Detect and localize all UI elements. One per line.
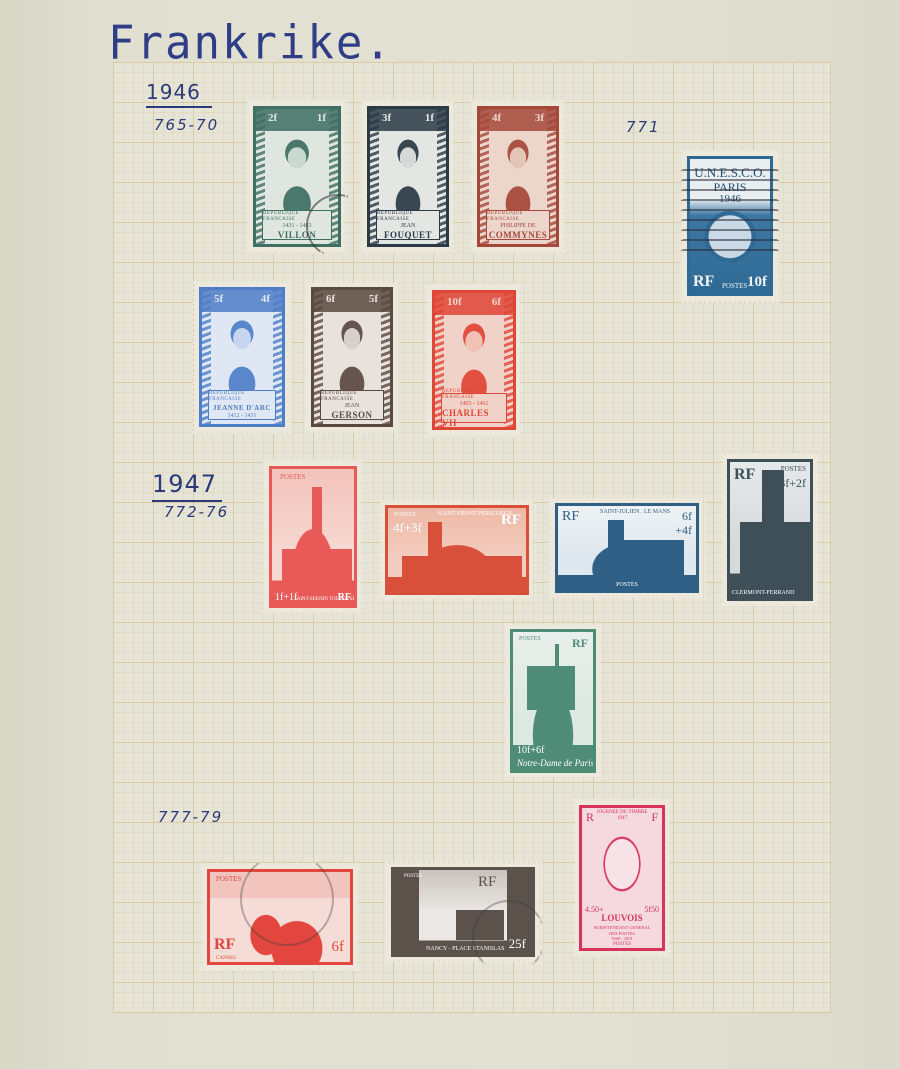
postes-label: POSTES [558, 582, 696, 588]
surcharge-value: 4f [261, 293, 270, 305]
stamp-gerson: 6f 5f REPUBLIQUE FRANCAISE JEAN GERSON [304, 280, 400, 434]
year-heading-1946: 1946 [146, 80, 212, 108]
stamp-cannes: POSTES RF CANNES 6f [200, 862, 360, 972]
rf-mark: RF [693, 273, 714, 291]
dates: 1431 - 1463 [283, 223, 312, 230]
caption-band: REPUBLIQUE FRANCAISE 1431 - 1463 VILLON [262, 210, 332, 240]
first-name: JEAN [401, 223, 416, 230]
portrait-engraving [384, 131, 432, 210]
stamp-saint-julien-le-mans: RF SAINT-JULIEN . LE MANS 6f +4f POSTES [548, 496, 706, 600]
rf-mark: RF [734, 466, 755, 484]
stamp-name: NANCY - PLACE STANISLAS [426, 946, 504, 952]
rf-mark: RF [572, 636, 588, 651]
stamp-nancy-place-stanislas: POSTES RF NANCY - PLACE STANISLAS 25f [384, 860, 542, 964]
country-inscription: REPUBLIQUE FRANCAISE [442, 389, 506, 401]
catalog-range-772-76: 772-76 [164, 503, 229, 521]
surcharge-value: +4f [675, 523, 692, 538]
title-line: 1946 [690, 193, 770, 205]
portrait-engraving [216, 312, 268, 390]
portrait-engraving [328, 312, 376, 390]
country-inscription: REPUBLIQUE FRANCAISE [377, 211, 439, 223]
year: 1947 [582, 816, 662, 821]
country-inscription: REPUBLIQUE FRANCAISE [209, 391, 275, 403]
caption-band: REPUBLIQUE FRANCAISE JEAN FOUQUET [376, 210, 440, 240]
face-value: 10f [747, 274, 767, 291]
surcharge-value: 1f [317, 112, 326, 124]
year-label: 1947 [152, 470, 217, 498]
caption-band: REPUBLIQUE FRANCAISE JEAN GERSON [320, 390, 384, 420]
stamp-name: VILLON [278, 230, 317, 240]
stamp-name: LOUVOIS [582, 913, 662, 923]
album-page: Frankrike. 1946 765-70 771 1947 772-76 7… [0, 0, 900, 1069]
rf-mark: RF [501, 512, 521, 529]
header: JOURNEE DU TIMBRE [582, 810, 662, 815]
face-value: 6f [332, 939, 345, 956]
first-name: PHILIPPE DE [500, 223, 535, 230]
postes-label: POSTES [216, 875, 241, 883]
dates: 1403 - 1461 [460, 401, 489, 408]
stamp-name: Notre-Dame de Paris [517, 758, 594, 768]
caption-band: REPUBLIQUE FRANCAISE JEANNE D'ARC 1412 -… [208, 390, 276, 420]
surcharge-value: 5f [369, 293, 378, 305]
face-value: 2f [268, 112, 277, 124]
stamp-saint-front-perigueux: POSTES 4f+3f SAINT-FRONT PERIGUEUX RF [378, 498, 536, 602]
face-value: 4f [492, 112, 501, 124]
rf-mark: RF [214, 936, 235, 954]
stamp-name: CLERMONT-FERRAND [732, 590, 794, 596]
dates: 1412 - 1431 [228, 413, 257, 420]
catalog-range-765-70: 765-70 [154, 116, 219, 134]
face-value: 10f+6f [517, 745, 544, 756]
face-value: 6f [682, 509, 692, 524]
country-inscription: REPUBLIQUE FRANCAISE [487, 211, 549, 223]
stamp-name: SAINT-JULIEN . LE MANS [600, 509, 670, 515]
postes-label: POSTES [394, 512, 416, 518]
stamp-name: FOUQUET [384, 230, 432, 240]
stamp-villon: 2f 1f REPUBLIQUE FRANCAISE 1431 - 1463 V… [246, 99, 348, 254]
face-value: 4f+3f [393, 520, 422, 536]
caption-band: REPUBLIQUE FRANCAISE PHILIPPE DE COMMYNE… [486, 210, 550, 240]
country-inscription: REPUBLIQUE FRANCAISE [321, 391, 383, 403]
year-heading-1947: 1947 [152, 470, 222, 502]
postes-label: POSTES [582, 942, 662, 947]
stamp-name: GERSON [331, 410, 372, 420]
page-title: Frankrike. [108, 17, 393, 71]
stamp-commynes: 4f 3f REPUBLIQUE FRANCAISE PHILIPPE DE C… [470, 99, 566, 254]
rf-mark: RF [338, 592, 351, 603]
underline [146, 106, 212, 108]
stamp-name: CANNES [216, 956, 236, 961]
country-inscription: REPUBLIQUE FRANCAISE [263, 211, 331, 223]
caption-band: REPUBLIQUE FRANCAISE 1403 - 1461 CHARLES… [441, 393, 507, 423]
stamp-jeanne-darc: 5f 4f REPUBLIQUE FRANCAISE JEANNE D'ARC … [192, 280, 292, 434]
stamp-saint-sernin-toulouse: POSTES 1f+1f SAINT-SERNIN TOULOUSE RF [262, 459, 364, 615]
face-value: 25f [509, 936, 526, 952]
face-value: 5f [214, 293, 223, 305]
surcharge-value: 3f [535, 112, 544, 124]
stamp-notre-dame-de-paris: POSTES RF 10f+6f Notre-Dame de Paris [503, 622, 603, 780]
stamp-name: CHARLES VII [442, 408, 506, 428]
title-line: U.N.E.S.C.O. [690, 165, 770, 181]
underline [152, 500, 222, 502]
stamp-name: JEANNE D'ARC [213, 403, 271, 413]
face-value: 10f [447, 296, 462, 308]
postes-label: POSTES [519, 636, 541, 642]
postes-label: POSTES [280, 473, 305, 481]
stamp-charles-vii: 10f 6f REPUBLIQUE FRANCAISE 1403 - 1461 … [425, 283, 523, 437]
stamp-fouquet: 3f 1f REPUBLIQUE FRANCAISE JEAN FOUQUET [360, 99, 456, 254]
subtitle: SURINTENDANT GENERAL [582, 925, 662, 930]
face-value: 3f+2f [779, 476, 806, 491]
dates: 1668 - 1691 [582, 936, 662, 941]
stamp-unesco-paris-1946: U.N.E.S.C.O. PARIS 1946 RF POSTES 10f [680, 149, 780, 303]
surcharge-value: 1f [425, 112, 434, 124]
portrait-engraving [449, 315, 499, 393]
year-label: 1946 [146, 80, 201, 104]
postes-label: POSTES [722, 282, 747, 290]
stamp-louvois-journee-du-timbre: R F JOURNEE DU TIMBRE 1947 4.50+ 5f50 LO… [572, 798, 672, 958]
face-value: 6f [326, 293, 335, 305]
stamp-name: COMMYNES [489, 230, 548, 240]
face-value: 3f [382, 112, 391, 124]
rf-mark: RF [478, 874, 496, 891]
catalog-range-777-79: 777-79 [158, 808, 223, 826]
surcharge-value: 6f [492, 296, 501, 308]
stamp-clermont-ferrand: RF POSTES 3f+2f CLERMONT-FERRAND [720, 452, 820, 608]
postes-label: POSTES [781, 465, 806, 473]
catalog-number-771: 771 [626, 118, 661, 136]
rf-mark: RF [562, 510, 579, 524]
first-name: JEAN [345, 403, 360, 410]
portrait-engraving [494, 131, 542, 210]
portrait-engraving [270, 131, 324, 210]
postes-label: POSTES [404, 874, 422, 879]
